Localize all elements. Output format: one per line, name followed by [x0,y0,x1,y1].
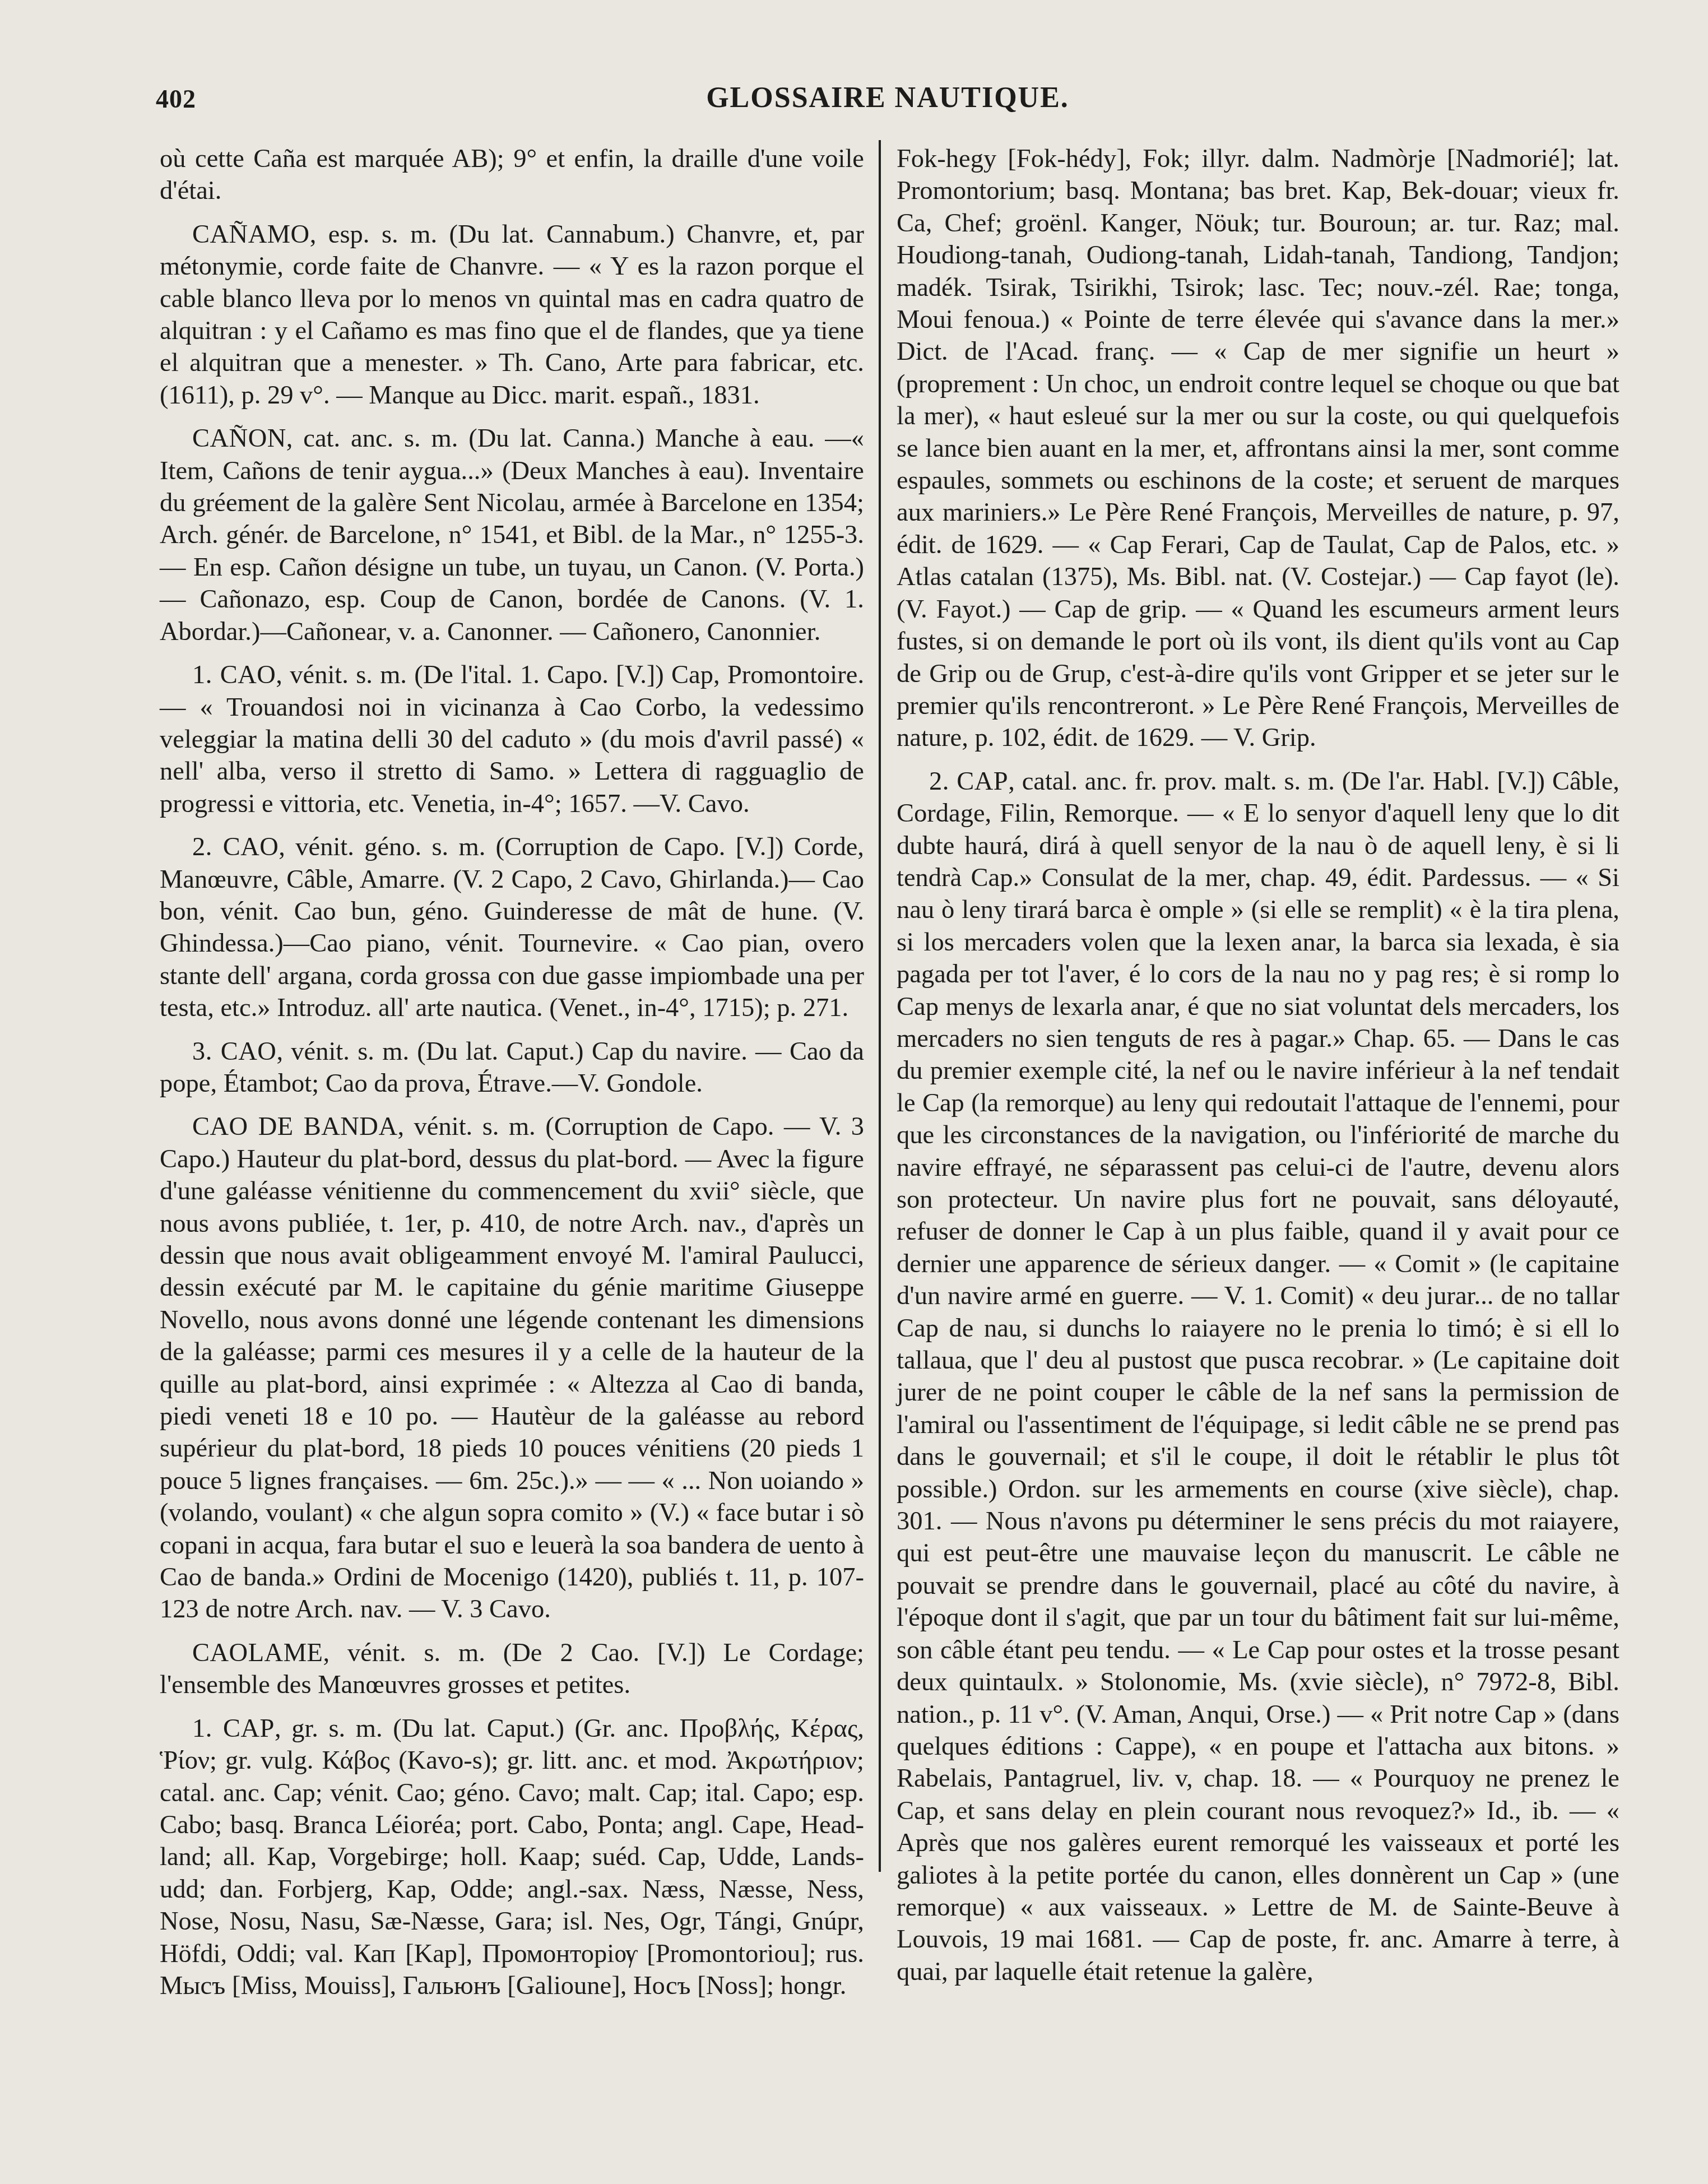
headword: 1. CAP [192,1714,275,1743]
headword: 1. CAO [192,661,276,689]
headword: CAÑAMO [192,220,310,249]
headword: 2. CAP [929,767,1008,796]
column-divider [879,140,881,1872]
headword: 3. CAO [192,1037,276,1066]
headword: CAO DE BANDA [192,1112,397,1141]
entry-cao-1: 1. CAO, vénit. s. m. (De l'ital. 1. Capo… [160,659,864,820]
running-title: GLOSSAIRE NAUTIQUE. [0,81,1708,114]
entry-cao-2: 2. CAO, vénit. géno. s. m. (Corruption d… [160,831,864,1024]
headword: CAÑON [192,424,286,453]
entry-cao-de-banda: CAO DE BANDA, vénit. s. m. (Corruption d… [160,1111,864,1626]
entry-cap-2: 2. CAP, catal. anc. fr. prov. malt. s. m… [897,766,1619,1988]
entry-canamo: CAÑAMO, esp. s. m. (Du lat. Cannabum.) C… [160,219,864,411]
entry-cana-continuation: où cette Caña est marquée AB); 9° et enf… [160,143,864,207]
left-column: où cette Caña est marquée AB); 9° et enf… [160,143,864,2013]
headword: CAOLAME [192,1639,323,1667]
entry-cap-1-continuation: Fok-hegy [Fok-hédy], Fok; illyr. dalm. N… [897,143,1619,754]
entry-canon: CAÑON, cat. anc. s. m. (Du lat. Canna.) … [160,423,864,648]
entry-caolame: CAOLAME, vénit. s. m. (De 2 Cao. [V.]) L… [160,1637,864,1701]
right-column: Fok-hegy [Fok-hédy], Fok; illyr. dalm. N… [897,143,1619,1999]
headword: 2. CAO [192,833,279,861]
entry-cao-3: 3. CAO, vénit. s. m. (Du lat. Caput.) Ca… [160,1036,864,1100]
entry-cap-1: 1. CAP, gr. s. m. (Du lat. Caput.) (Gr. … [160,1713,864,2002]
